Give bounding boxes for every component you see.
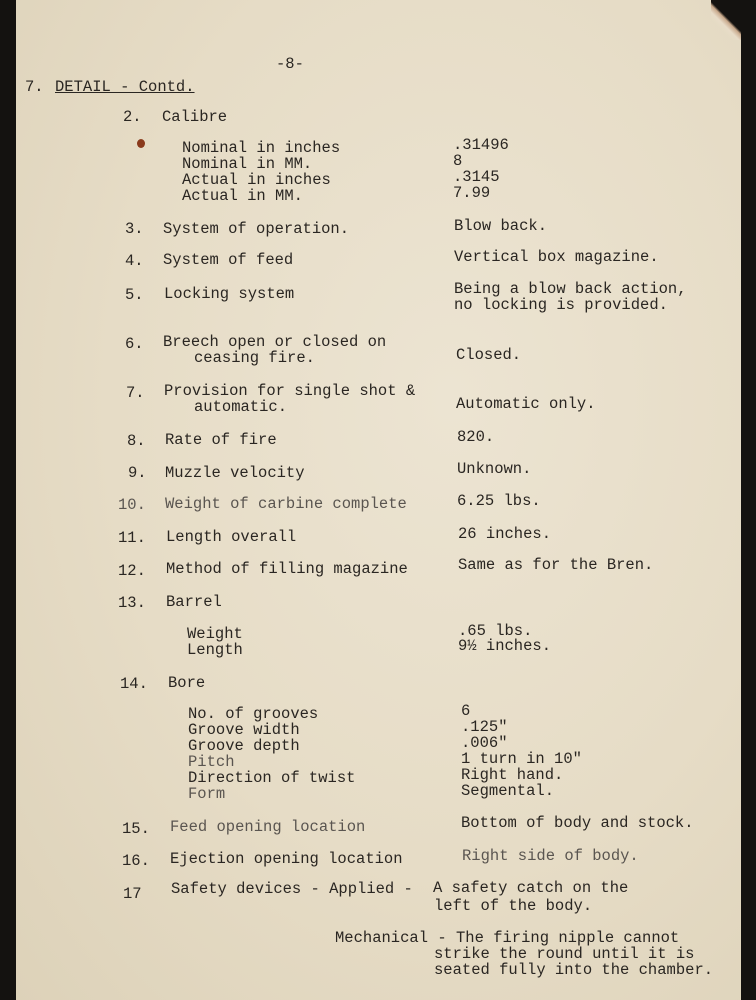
item-value-line: A safety catch on the (433, 880, 628, 896)
item-number: 17 (123, 886, 142, 902)
item-value: Same as for the Bren. (458, 557, 653, 573)
item-value-line: left of the body. (434, 898, 592, 914)
item-value: Bottom of body and stock. (461, 815, 694, 831)
sub-label: Direction of twist (188, 770, 355, 786)
item-value-line: no locking is provided. (454, 297, 668, 313)
sub-value: Right hand. (461, 767, 563, 783)
item-label-line: automatic. (194, 399, 287, 415)
sub-value: .125" (461, 719, 508, 735)
item-label-line: Breech open or closed on (163, 334, 386, 350)
item-number: 13. (118, 595, 146, 611)
sub-label: Groove depth (188, 738, 300, 754)
item-label: Bore (168, 675, 205, 691)
item-label: Length overall (166, 529, 296, 545)
ink-stain (137, 139, 145, 148)
item-label: Barrel (166, 594, 222, 610)
item-label-line: ceasing fire. (194, 350, 315, 366)
sub-label: Form (188, 786, 225, 802)
item-value: Right side of body. (462, 848, 639, 864)
item-label: Muzzle velocity (165, 465, 305, 481)
item-number: 2. (123, 109, 142, 125)
sub-label: Actual in inches (182, 172, 331, 188)
page-number: -8- (276, 56, 304, 72)
sub-value: 6 (461, 703, 470, 719)
item-number: 12. (118, 563, 146, 579)
item-value: 26 inches. (458, 526, 551, 542)
item-number: 14. (120, 676, 148, 692)
item-value: Blow back. (454, 218, 547, 234)
sub-value: .006" (461, 735, 508, 751)
item-number: 10. (118, 497, 146, 513)
sub-value: 8 (453, 153, 462, 169)
item-label-line: Provision for single shot & (164, 383, 415, 399)
document-page: -8- 7. DETAIL - Contd. 2. Calibre Nomina… (16, 0, 741, 1000)
mechanical-value-line: seated fully into the chamber. (434, 962, 713, 978)
item-value: Automatic only. (456, 396, 596, 412)
item-number: 5. (125, 287, 144, 303)
sub-value: .3145 (453, 169, 500, 185)
item-number: 4. (125, 253, 144, 269)
item-label: Calibre (162, 109, 227, 125)
item-label: Ejection opening location (170, 851, 403, 867)
item-label: Method of filling magazine (166, 561, 408, 577)
item-number: 9. (128, 465, 147, 481)
item-value: Vertical box magazine. (454, 249, 659, 265)
item-label: Locking system (164, 286, 294, 302)
item-label: Rate of fire (165, 432, 277, 448)
sub-label: Groove width (188, 722, 300, 738)
page-corner-fold (711, 0, 741, 40)
item-value: Closed. (456, 347, 521, 363)
section-title: DETAIL - Contd. (55, 79, 195, 95)
item-number: 3. (125, 221, 144, 237)
item-number: 11. (118, 530, 146, 546)
mechanical-value-line: The firing nipple cannot (456, 930, 679, 946)
item-number: 6. (125, 336, 144, 352)
section-number: 7. (25, 79, 44, 95)
sub-label: No. of grooves (188, 706, 318, 722)
sub-label: Actual in MM. (182, 188, 303, 204)
sub-label: Weight (187, 626, 243, 642)
sub-value: 1 turn in 10" (461, 751, 582, 767)
item-number: 7. (126, 385, 145, 401)
sub-value: .31496 (453, 137, 509, 153)
mechanical-label: Mechanical - (335, 930, 447, 946)
sub-label: Nominal in MM. (182, 156, 312, 172)
item-number: 16. (122, 853, 150, 869)
item-label: Feed opening location (170, 819, 365, 835)
item-label: System of operation. (163, 221, 349, 237)
item-number: 8. (127, 433, 146, 449)
sub-value: 9½ inches. (458, 638, 551, 654)
sub-label: Length (187, 642, 243, 658)
item-value: 820. (457, 429, 494, 445)
item-value-line: Being a blow back action, (454, 281, 687, 297)
item-value: Unknown. (457, 461, 531, 477)
sub-label: Pitch (188, 754, 235, 770)
item-label: Weight of carbine complete (165, 496, 407, 512)
item-label: System of feed (163, 252, 293, 268)
mechanical-value-line: strike the round until it is (434, 946, 694, 962)
sub-value: Segmental. (461, 783, 554, 799)
item-value: 6.25 lbs. (457, 493, 541, 509)
item-label: Safety devices - Applied - (171, 881, 413, 897)
sub-label: Nominal in inches (182, 140, 340, 156)
sub-value: 7.99 (453, 185, 490, 201)
item-number: 15. (122, 821, 150, 837)
